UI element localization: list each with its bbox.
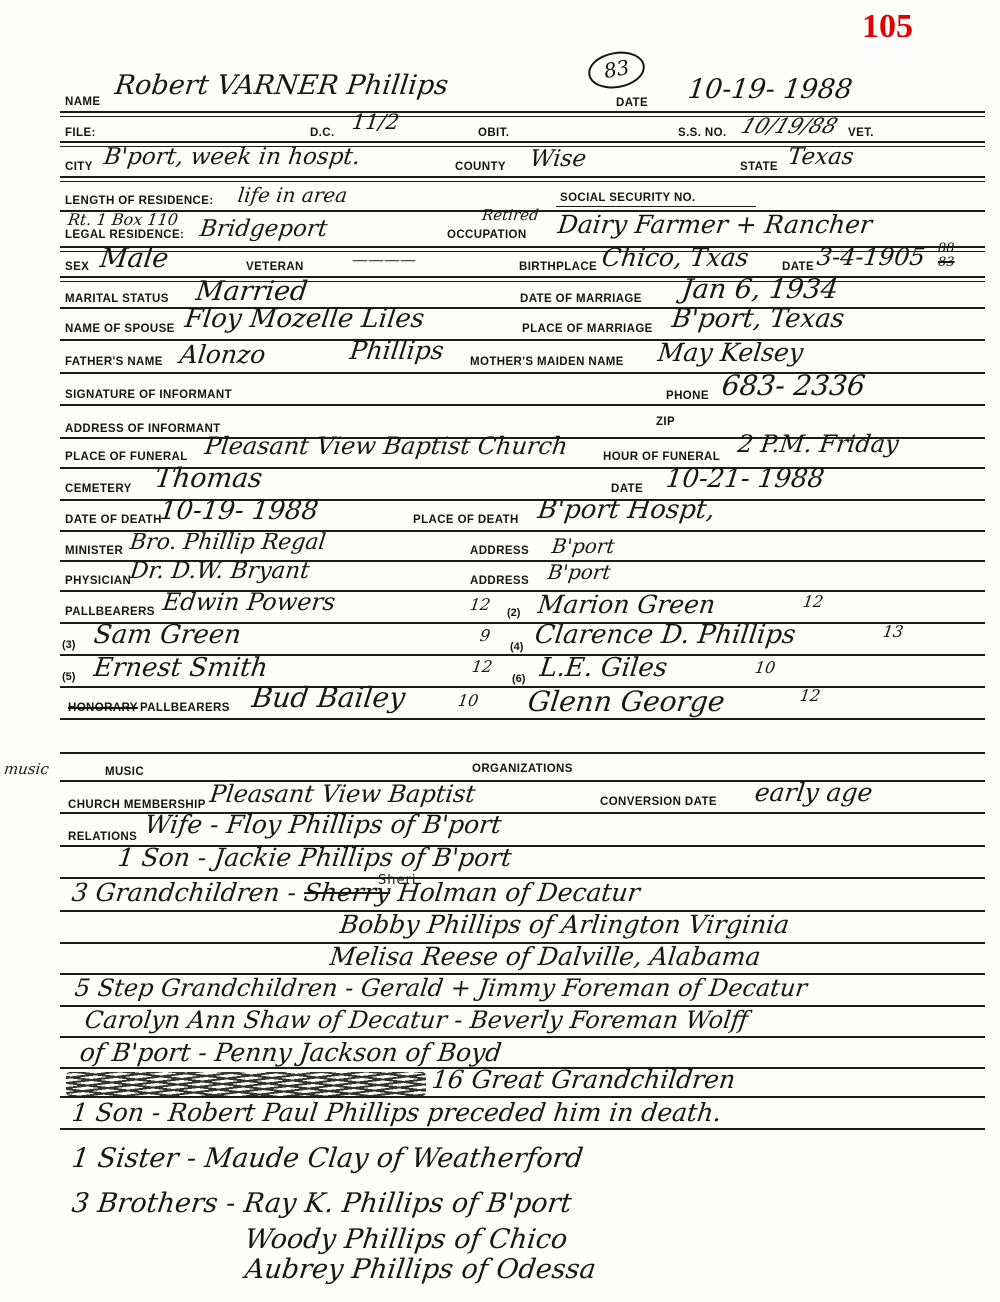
relations-line-10: 1 Son - Robert Paul Phillips preceded hi… <box>70 1100 722 1125</box>
conversion-date-value: early age <box>753 780 873 805</box>
phone-label: PHONE <box>666 390 709 402</box>
veteran-value: ———— <box>351 252 417 268</box>
sex-value: Male <box>98 245 170 272</box>
pallbearer-4-name: Clarence D. Phillips <box>533 622 797 648</box>
honorary-pallbearer-1-count: 10 <box>457 691 480 710</box>
pallbearer-6-num: (6) <box>512 673 525 685</box>
physician-value: Dr. D.W. Bryant <box>129 560 311 583</box>
physician-address-label: ADDRESS <box>470 575 529 587</box>
pallbearer-5-num: (5) <box>62 671 75 683</box>
minister-address-label: ADDRESS <box>470 545 529 557</box>
fathers-last-name-value: Phillips <box>348 338 445 363</box>
birthplace-label: BIRTHPLACE <box>519 261 597 273</box>
pallbearer-6-count: 10 <box>754 658 777 677</box>
relations-line-12: 3 Brothers - Ray K. Phillips of B'port <box>70 1190 573 1217</box>
dc-label: D.C. <box>310 127 335 139</box>
place-of-marriage-label: PLACE OF MARRIAGE <box>522 323 653 335</box>
minister-value: Bro. Phillip Regal <box>129 532 327 554</box>
date-of-marriage-label: DATE OF MARRIAGE <box>520 293 642 305</box>
file-label: FILE: <box>65 127 96 139</box>
veteran-label: VETERAN <box>246 261 304 273</box>
date-of-marriage-value: Jan 6, 1934 <box>680 276 839 303</box>
county-label: COUNTY <box>455 161 506 173</box>
name-of-spouse-label: NAME OF SPOUSE <box>65 323 175 335</box>
honorary-pallbearers-label: PALLBEARERS <box>140 702 230 714</box>
date-value: 10-19- 1988 <box>686 76 854 103</box>
relations-line-4: Bobby Phillips of Arlington Virginia <box>338 912 790 937</box>
rule <box>556 206 756 207</box>
phone-value: 683- 2336 <box>720 372 867 400</box>
organizations-label: ORGANIZATIONS <box>472 763 573 775</box>
rule <box>60 718 985 720</box>
mothers-maiden-name-value: May Kelsey <box>656 340 804 365</box>
pallbearer-3-name: Sam Green <box>92 622 242 648</box>
pallbearer-3-num: (3) <box>62 639 75 651</box>
honorary-pallbearer-2-name: Glenn George <box>526 688 726 716</box>
relations-label: RELATIONS <box>68 831 137 843</box>
place-of-death-value: B'port Hospt, <box>536 497 716 523</box>
relations-line-2: 1 Son - Jackie Phillips of B'port <box>116 845 513 870</box>
mothers-maiden-name-label: MOTHER'S MAIDEN NAME <box>470 356 624 368</box>
name-of-spouse-value: Floy Mozelle Liles <box>183 306 425 332</box>
marital-status-label: MARITAL STATUS <box>65 293 169 305</box>
cemetery-label: CEMETERY <box>65 483 132 495</box>
church-membership-value: Pleasant View Baptist <box>209 782 477 806</box>
vet-label: VET. <box>848 127 874 139</box>
occupation-value: Dairy Farmer + Rancher <box>556 212 873 237</box>
zip-label: ZIP <box>656 416 675 428</box>
pallbearer-3-count: 9 <box>479 626 492 645</box>
birth-date-label: DATE <box>782 261 814 273</box>
rule <box>60 686 985 688</box>
minister-address-value: B'port <box>551 536 616 556</box>
fathers-name-label: FATHER'S NAME <box>65 356 163 368</box>
place-of-funeral-value: Pleasant View Baptist Church <box>204 434 569 458</box>
relations-line-6: 5 Step Grandchildren - Gerald + Jimmy Fo… <box>74 976 809 1000</box>
length-of-residence-value: life in area <box>237 185 349 205</box>
funeral-record-form-page: 105 83 NAME Robert VARNER Phillips DATE … <box>0 0 1000 1302</box>
relations-line-9: 16 Great Grandchildren <box>430 1067 736 1092</box>
birth-date-value: 3-4-1905 <box>816 245 927 269</box>
signature-of-informant-label: SIGNATURE OF INFORMANT <box>65 389 232 401</box>
honorary-pallbearer-1-name: Bud Bailey <box>250 684 406 712</box>
physician-label: PHYSICIAN <box>65 575 131 587</box>
circled-age-annotation: 83 <box>585 47 648 92</box>
pallbearer-2-name: Marion Green <box>536 592 716 617</box>
fathers-first-name-value: Alonzo <box>178 342 267 367</box>
funeral-date-value: 10-21- 1988 <box>664 466 825 492</box>
state-value: Texas <box>787 146 855 169</box>
relations-line-3-struck: Sherry <box>302 878 392 907</box>
music-label: MUSIC <box>105 766 144 778</box>
dc-value: 11/2 <box>351 112 401 133</box>
relations-line-3-prefix: 3 Grandchildren - <box>70 878 306 907</box>
place-of-death-label: PLACE OF DEATH <box>413 514 519 526</box>
ssno-label: S.S. NO. <box>678 127 727 139</box>
margin-scribble: music <box>3 762 50 777</box>
hour-of-funeral-label: HOUR OF FUNERAL <box>603 451 720 463</box>
pallbearer-5-name: Ernest Smith <box>92 655 269 681</box>
date-of-death-value: 10-19- 1988 <box>158 498 319 524</box>
legal-residence-value: Bridgeport <box>199 218 329 241</box>
honorary-label-struck: HONORARY <box>68 702 138 714</box>
sex-label: SEX <box>65 261 89 273</box>
minister-label: MINISTER <box>65 545 123 557</box>
pallbearer-4-count: 13 <box>882 622 905 641</box>
relations-line-7: Carolyn Ann Shaw of Decatur - Beverly Fo… <box>84 1008 750 1032</box>
pallbearer-1-count: 12 <box>469 595 492 614</box>
pallbearer-2-count: 12 <box>802 592 825 611</box>
pallbearer-6-name: L.E. Giles <box>538 655 668 681</box>
date-of-death-label: DATE OF DEATH <box>65 514 162 526</box>
obit-label: OBIT. <box>478 127 509 139</box>
relations-line-14: Aubrey Phillips of Odessa <box>243 1256 597 1283</box>
crossed-out-scribble <box>66 1072 426 1096</box>
pallbearers-label: PALLBEARERS <box>65 606 155 618</box>
date-label: DATE <box>616 97 648 109</box>
honorary-pallbearer-2-count: 12 <box>799 686 822 705</box>
name-value: Robert VARNER Phillips <box>113 72 449 99</box>
pallbearer-4-num: (4) <box>510 641 523 653</box>
place-of-marriage-value: B'port, Texas <box>670 306 845 332</box>
city-value: B'port, week in hospt. <box>103 146 362 169</box>
legal-residence-note: Rt. 1 Box 110 <box>67 212 179 228</box>
occupation-note: Retired <box>481 208 539 223</box>
physician-address-value: B'port <box>547 562 612 582</box>
social-security-no-label: SOCIAL SECURITY NO. <box>560 192 696 204</box>
ssno-value: 10/19/88 <box>738 116 840 137</box>
county-value: Wise <box>529 148 588 171</box>
pallbearer-1-name: Edwin Powers <box>162 590 337 614</box>
relations-line-3: 3 Grandchildren - Sherry Holman of Decat… <box>70 880 641 905</box>
birth-year-correction: 88 83 <box>938 242 955 269</box>
relations-line-1: Wife - Floy Phillips of B'port <box>143 812 502 837</box>
address-of-informant-label: ADDRESS OF INFORMANT <box>65 423 221 435</box>
birth-year-correction-top: 88 <box>938 242 955 256</box>
city-label: CITY <box>65 161 93 173</box>
legal-residence-label: LEGAL RESIDENCE: <box>65 229 184 241</box>
rule <box>60 111 985 117</box>
funeral-date-label: DATE <box>611 483 643 495</box>
state-label: STATE <box>740 161 778 173</box>
pallbearer-5-count: 12 <box>471 657 494 676</box>
birth-year-correction-bottom: 83 <box>938 256 955 270</box>
marital-status-value: Married <box>194 278 309 305</box>
relations-line-5: Melisa Reese of Dalville, Alabama <box>328 944 762 969</box>
page-number: 105 <box>862 8 913 46</box>
occupation-label: OCCUPATION <box>447 229 527 241</box>
relations-line-8: of B'port - Penny Jackson of Boyd <box>78 1040 503 1065</box>
relations-line-13: Woody Phillips of Chico <box>243 1226 569 1253</box>
conversion-date-label: CONVERSION DATE <box>600 796 717 808</box>
rule <box>60 1128 985 1130</box>
rule <box>60 752 985 754</box>
relations-line-11: 1 Sister - Maude Clay of Weatherford <box>70 1145 584 1172</box>
birthplace-value: Chico, Txas <box>600 245 750 270</box>
pallbearer-2-num: (2) <box>507 607 520 619</box>
rule <box>60 176 985 182</box>
cemetery-value: Thomas <box>153 465 264 492</box>
rule <box>60 404 985 406</box>
name-label: NAME <box>65 96 100 108</box>
hour-of-funeral-value: 2 P.M. Friday <box>737 432 901 456</box>
place-of-funeral-label: PLACE OF FUNERAL <box>65 451 188 463</box>
length-of-residence-label: LENGTH OF RESIDENCE: <box>65 195 214 207</box>
relations-line-3-suffix: Holman of Decatur <box>388 878 641 907</box>
